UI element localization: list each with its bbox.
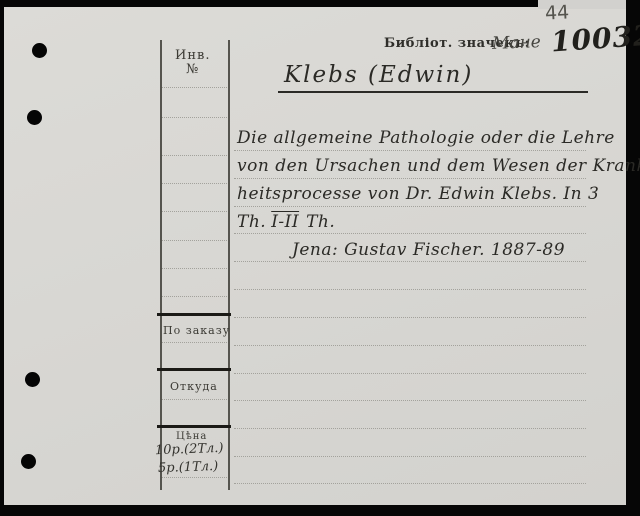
inventory-number-sign: № [186, 62, 199, 77]
order-label: По заказу [163, 324, 230, 337]
punch-hole [27, 110, 42, 125]
column-border-left [160, 40, 162, 490]
ruled-line [234, 428, 586, 429]
author-heading: Klebs (Edwin) [284, 62, 473, 88]
column-divider [157, 425, 231, 428]
ruled-line [162, 211, 227, 212]
ruled-line [234, 373, 586, 374]
ruled-line [234, 317, 586, 318]
ruled-line [162, 117, 227, 118]
ruled-line [162, 296, 227, 297]
page-number: 44 [544, 1, 569, 24]
frame-left [0, 0, 4, 516]
inventory-label: Инв. [175, 48, 210, 63]
ruled-line [234, 483, 586, 484]
ruled-line [162, 268, 227, 269]
column-border-right [228, 40, 230, 490]
punch-hole [25, 372, 40, 387]
volume-suffix: Th. [306, 212, 335, 232]
ruled-line [234, 233, 586, 234]
price-value-line: 10р.(2Тл.) [155, 441, 224, 458]
ruled-line [234, 289, 586, 290]
volume-prefix: Th. [237, 212, 266, 232]
ruled-line [234, 206, 586, 207]
stamp-number: 10032 [550, 18, 640, 58]
ruled-line [162, 183, 227, 184]
ruled-line [234, 400, 586, 401]
ruled-line [162, 87, 227, 88]
ruled-line [234, 150, 586, 151]
ruled-line [162, 155, 227, 156]
ruled-line [234, 345, 586, 346]
ruled-line [162, 240, 227, 241]
author-underline [278, 91, 588, 93]
title-line: Die allgemeine Pathologie oder die Lehre [237, 128, 615, 148]
volume-numerals: I-II [271, 212, 299, 232]
stamp-handwritten: Мане [492, 32, 541, 54]
punch-hole [21, 454, 36, 469]
imprint-line: Jena: Gustav Fischer. 1887-89 [292, 240, 565, 260]
ruled-line [162, 477, 227, 478]
title-line: heitsprocesse von Dr. Edwin Klebs. In 3 [237, 184, 599, 204]
price-label: Цѣна [176, 431, 207, 442]
title-line: von den Ursachen und dem Wesen der Krank… [237, 156, 640, 176]
title-line-volumes: Th.I-IITh. [237, 212, 335, 232]
price-value-line: 5р.(1Тл.) [158, 459, 219, 476]
origin-label: Откуда [170, 380, 218, 393]
frame-right [626, 0, 640, 516]
frame-bottom [0, 505, 640, 516]
ruled-line [234, 456, 586, 457]
ruled-line [162, 399, 227, 400]
scanned-catalog-card-page: Инв. № По заказу Откуда Цѣна 10р.(2Тл.) … [0, 0, 640, 516]
column-divider [157, 313, 231, 316]
column-divider [157, 368, 231, 371]
punch-hole [32, 43, 47, 58]
ruled-line [234, 178, 586, 179]
ruled-line [162, 342, 227, 343]
ruled-line [234, 261, 586, 262]
